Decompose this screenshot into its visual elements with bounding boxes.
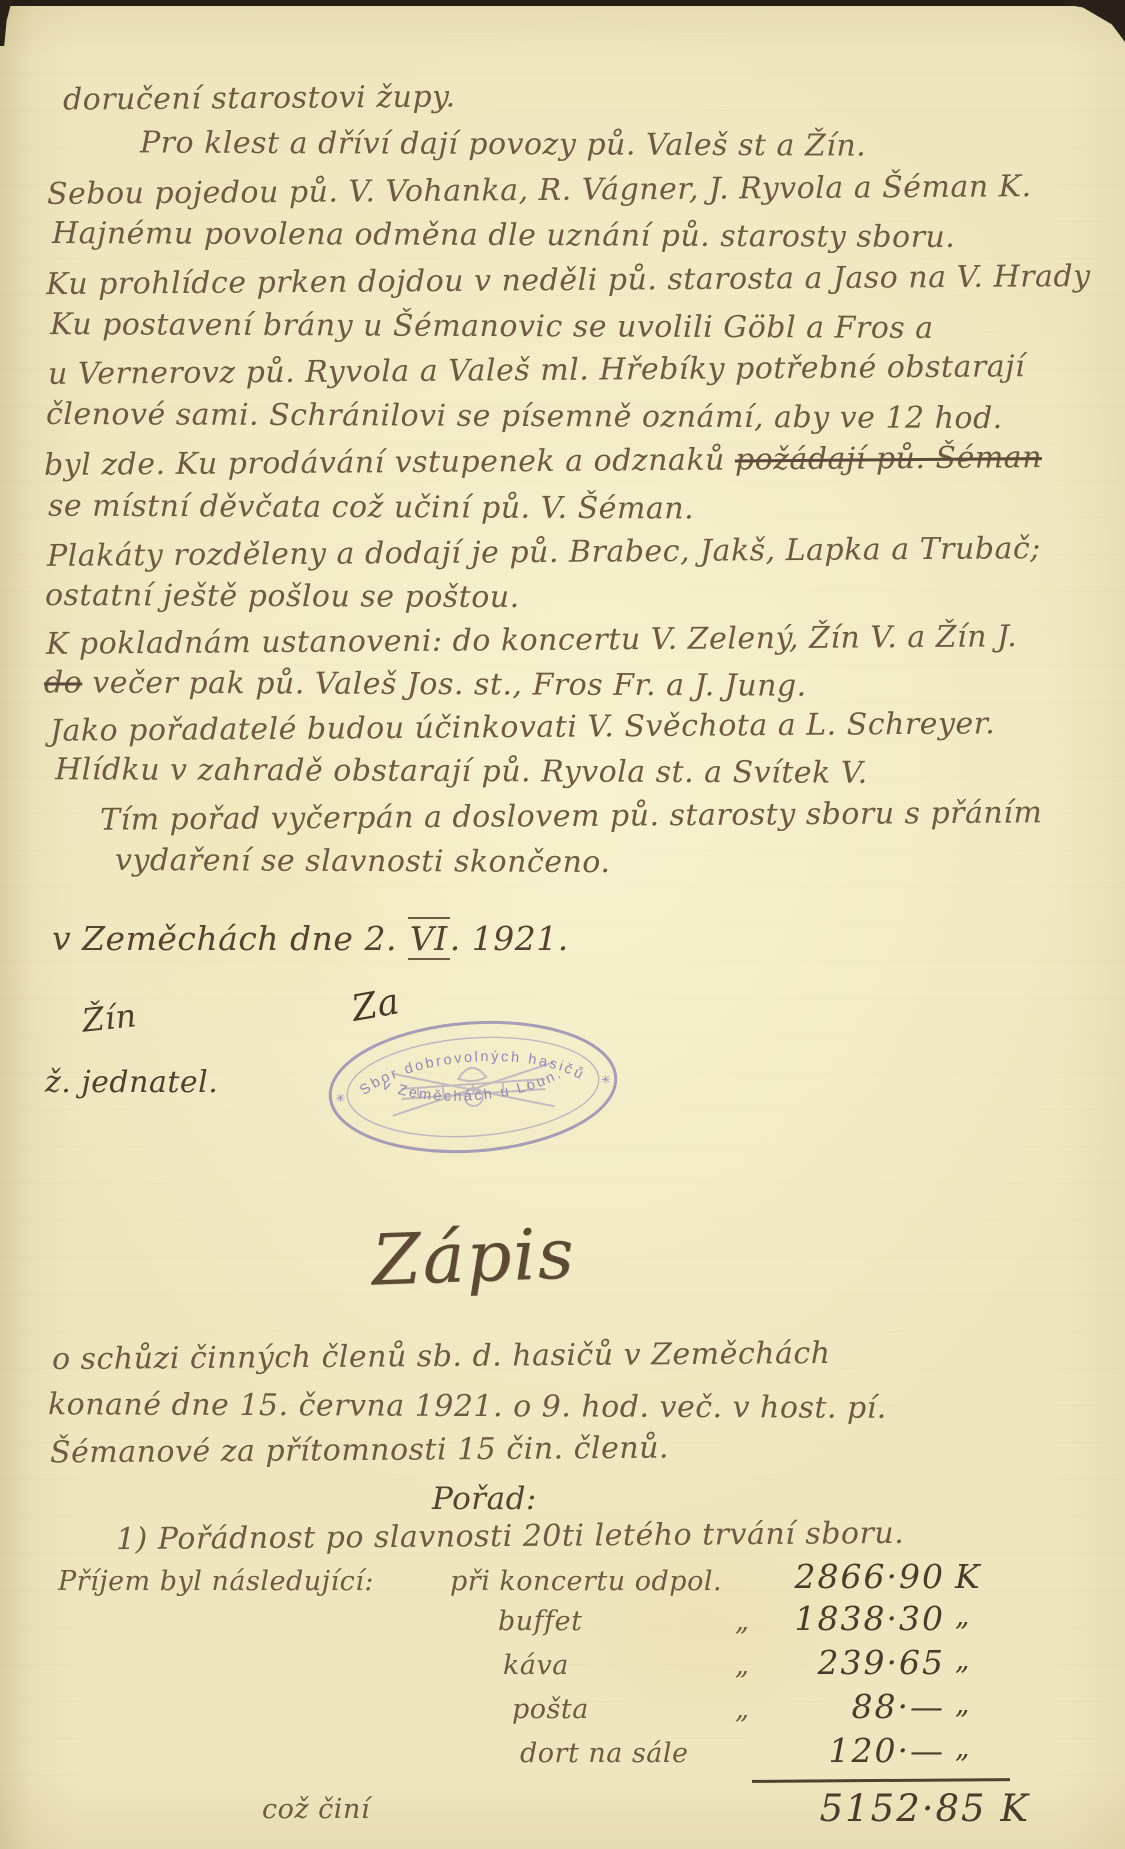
manuscript-line: konané dne 15. června 1921. o 9. hod. ve… (48, 1390, 887, 1424)
income-row-unit: „ (955, 1690, 972, 1718)
dateline-year: . 1921. (450, 919, 569, 958)
income-row-label: dort na sále (520, 1740, 689, 1767)
signature-role: ž. jednatel. (45, 1068, 218, 1098)
income-row-amount: 120·— (760, 1734, 945, 1767)
manuscript-line: Hlídku v zahradě obstarají pů. Ryvola st… (55, 755, 868, 789)
income-row-ditto: „ (735, 1652, 750, 1679)
income-row-label: buffet (498, 1608, 583, 1635)
income-row-amount: 88·— (760, 1690, 945, 1723)
manuscript-line: Ku prohlídce prken dojdou v neděli pů. s… (46, 262, 1091, 300)
income-row-label: pošta (512, 1696, 589, 1723)
manuscript-line: o schůzi činných členů sb. d. hasičů v Z… (52, 1339, 831, 1375)
manuscript-line: se místní děvčata což učiní pů. V. Šéman… (48, 492, 694, 525)
income-row-amount: 1838·30 (760, 1602, 945, 1635)
manuscript-line-strikethrough: byl zde. Ku prodávání vstupenek a odznak… (44, 443, 1042, 481)
manuscript-line: členové sami. Schránilovi se písemně ozn… (46, 400, 1003, 434)
stamp-star-left-icon: ✳ (335, 1091, 346, 1106)
income-row-label: při koncertu odpol. (450, 1568, 722, 1595)
dateline-place: v Zeměchách dne 2. (52, 919, 408, 958)
dateline: v Zeměchách dne 2. VI. 1921. (52, 922, 569, 955)
manuscript-line: Pro klest a dříví dají povozy pů. Valeš … (140, 128, 866, 161)
manuscript-line: Hajnému povolena odměna dle uznání pů. s… (52, 219, 955, 253)
manuscript-line: Tím pořad vyčerpán a doslovem pů. staros… (100, 798, 1043, 835)
manuscript-line: ostatní ještě pošlou se poštou. (45, 581, 520, 613)
income-row-amount: 239·65 (760, 1646, 945, 1679)
struck-text: do (44, 665, 82, 700)
total-label: což činí (262, 1796, 370, 1823)
income-row-amount: 2866·90 (760, 1560, 945, 1593)
income-row-unit: „ (955, 1734, 972, 1762)
manuscript-line: Ku postavení brány u Šémanovic se uvolil… (50, 310, 934, 344)
manuscript-line-strikethrough: do večer pak pů. Valeš Jos. st., Fros Fr… (44, 668, 807, 701)
manuscript-line: Sebou pojedou pů. V. Vohanka, R. Vágner,… (47, 172, 1032, 210)
scan-edge-top (0, 0, 1125, 6)
total-amount: 5152·85 K (770, 1790, 1030, 1827)
income-row-unit: „ (955, 1646, 972, 1674)
manuscript-line: Jako pořadatelé budou účinkovati V. Svěc… (50, 709, 996, 746)
manuscript-line: doručení starostovi župy. (63, 82, 456, 115)
manuscript-line: vydaření se slavnosti skončeno. (115, 846, 611, 878)
income-row-ditto: „ (735, 1608, 750, 1635)
income-row-ditto: „ (735, 1696, 750, 1723)
agenda-label: Pořad: (432, 1484, 537, 1515)
manuscript-line: Plakáty rozděleny a dodají je pů. Brabec… (47, 534, 1041, 572)
fire-brigade-stamp: Sbor dobrovolných hasičů v Zeměchách u L… (318, 1002, 628, 1173)
line-text: večer pak pů. Valeš Jos. st., Fros Fr. a… (82, 666, 807, 704)
struck-text: požádají pů. Šéman (735, 440, 1042, 477)
income-row-unit: „ (955, 1602, 972, 1630)
manuscript-line: u Vernerovz pů. Ryvola a Valeš ml. Hřebí… (48, 352, 1025, 390)
manuscript-line: Šémanové za přítomnosti 15 čin. členů. (50, 1434, 669, 1469)
signature-name: Žín (80, 999, 138, 1037)
income-row-label: káva (503, 1652, 569, 1679)
stamp-star-right-icon: ✳ (600, 1072, 611, 1087)
line-text: byl zde. Ku prodávání vstupenek a odznak… (44, 442, 735, 482)
income-intro: Příjem byl následující: (58, 1568, 374, 1595)
agenda-item: 1) Pořádnost po slavnosti 20ti letého tr… (116, 1519, 904, 1555)
section-title: Zápis (371, 1218, 577, 1295)
dateline-roman-month: VI (408, 917, 450, 960)
manuscript-line: K pokladnám ustanoveni: do koncertu V. Z… (46, 622, 1018, 660)
stamp-oval-graphic: Sbor dobrovolných hasičů v Zeměchách u L… (318, 1002, 628, 1173)
income-row-unit: K (955, 1560, 982, 1593)
